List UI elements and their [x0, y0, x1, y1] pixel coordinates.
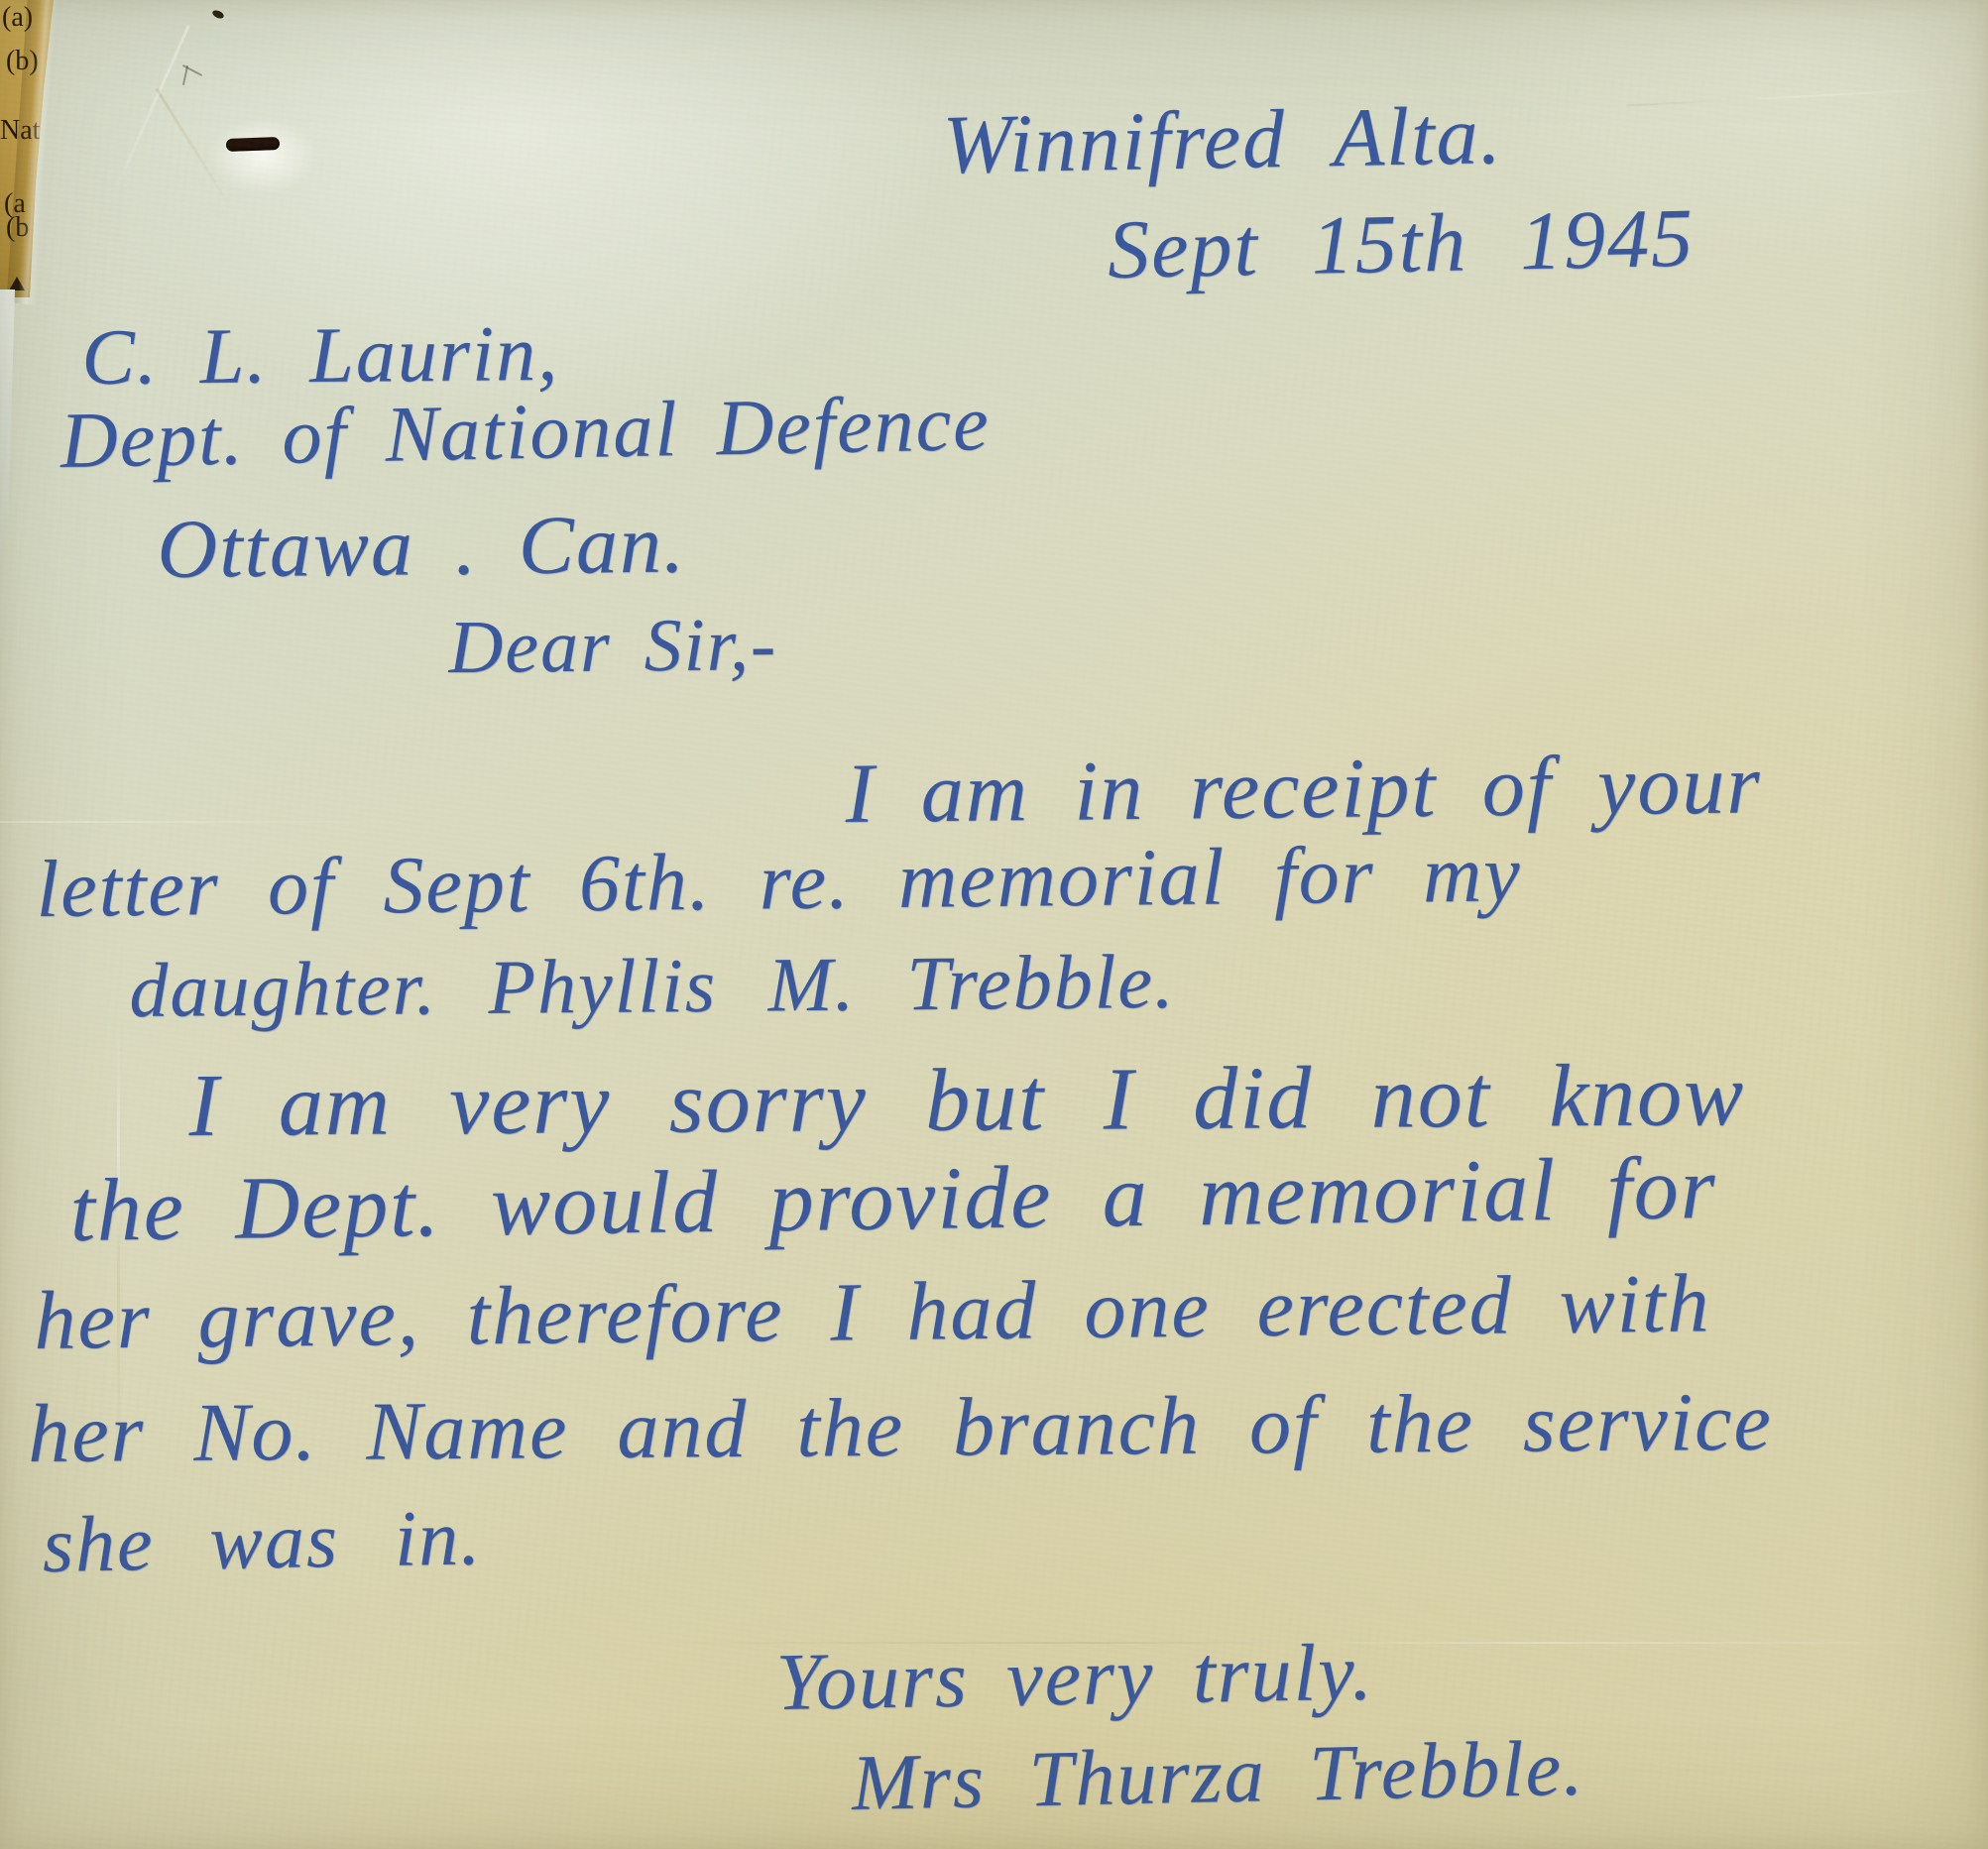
letter-photograph: (a) (b) Nat (a (b Winnifred Alta. Sept 1… — [0, 0, 1988, 1849]
printed-triangle-mark — [9, 277, 25, 290]
fold-crease — [110, 26, 189, 199]
scratch-mark — [182, 65, 188, 85]
fold-crease — [1626, 85, 1988, 106]
body-line-8: she was in. — [42, 1493, 483, 1591]
recipient-city: Ottawa . Can. — [157, 496, 686, 598]
printed-fragment-a1: (a) — [2, 4, 33, 32]
body-line-6: her grave, therefore I had one erected w… — [34, 1255, 1711, 1369]
signature: Mrs Thurza Trebble. — [851, 1724, 1585, 1829]
underlying-white-page-sliver — [0, 289, 15, 575]
body-line-1: I am in receipt of your — [845, 734, 1762, 843]
printed-fragment-nat: Nat — [0, 117, 40, 145]
heading-place: Winnifred Alta. — [942, 87, 1503, 193]
salutation: Dear Sir,- — [448, 602, 778, 691]
tear-pressure-halo — [208, 117, 317, 194]
recipient-dept: Dept. of National Defence — [59, 379, 991, 487]
underlying-printed-page: (a) (b) Nat (a (b — [0, 0, 63, 297]
fold-crease — [0, 821, 416, 823]
paper-speck — [211, 9, 225, 20]
tear-slit — [226, 137, 280, 152]
body-line-2: letter of Sept 6th. re. memorial for my — [36, 827, 1522, 936]
body-line-3: daughter. Phyllis M. Trebble. — [129, 937, 1176, 1035]
body-line-5: the Dept. would provide a memorial for — [69, 1137, 1717, 1262]
printed-fragment-b2: (b — [6, 214, 29, 242]
printed-fragment-b1: (b) — [6, 48, 39, 75]
body-line-7: her No. Name and the branch of the servi… — [28, 1374, 1773, 1482]
closing: Yours very truly. — [775, 1625, 1374, 1729]
heading-date: Sept 15th 1945 — [1107, 190, 1696, 298]
